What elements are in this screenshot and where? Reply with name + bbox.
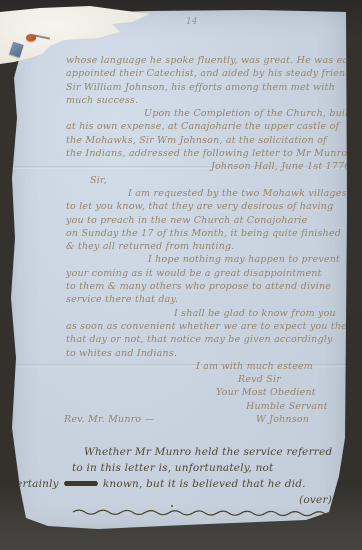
manuscript-line: Upon the Completion of the Church, built bbox=[144, 107, 346, 120]
manuscript-line: service there that day. bbox=[66, 293, 346, 306]
manuscript-line: that day or not, that notice may be give… bbox=[66, 333, 346, 346]
letter-page: 14 whose language he spoke fluently, was… bbox=[8, 8, 348, 536]
closing-line: Revd Sir bbox=[238, 373, 346, 386]
manuscript-line: to them & many others who propose to att… bbox=[66, 280, 346, 293]
signature: W Johnson bbox=[256, 413, 346, 426]
page-number: 14 bbox=[186, 17, 197, 27]
closing-line: I am with much esteem bbox=[196, 360, 346, 373]
closing-line: Your Most Obedient bbox=[216, 386, 346, 399]
manuscript-line: to let you know, that they are very desi… bbox=[66, 200, 346, 213]
manuscript-line: the Indians, addressed the following let… bbox=[66, 147, 346, 160]
manuscript-line: Sir William Johnson, his efforts among t… bbox=[66, 81, 346, 94]
manuscript-line: on Sunday the 17 of this Month, it being… bbox=[66, 227, 346, 240]
ink-strikethrough bbox=[64, 482, 98, 485]
annotation-line: certainlyknown, but it is believed that … bbox=[10, 476, 348, 492]
manuscript-line: as soon as convenient whether we are to … bbox=[66, 320, 346, 333]
closing-line: Humble Servant bbox=[246, 400, 346, 413]
wax-seal bbox=[26, 34, 36, 41]
manuscript-line: I am requested by the two Mohawk village… bbox=[128, 187, 346, 200]
salutation: Sir, bbox=[90, 174, 346, 187]
annotation-line: to in this letter is, unfortunately, not bbox=[72, 460, 348, 476]
manuscript-line: whose language he spoke fluently, was gr… bbox=[66, 54, 346, 67]
manuscript-line: your coming as it would be a great disap… bbox=[66, 267, 346, 280]
document-scan: 14 whose language he spoke fluently, was… bbox=[0, 0, 362, 550]
over-note: (over) bbox=[8, 492, 348, 508]
manuscript-line: to whites and Indians. bbox=[66, 347, 346, 360]
manuscript-line: you to preach in the new Church at Conaj… bbox=[66, 214, 346, 227]
margin-insert-word: certainly bbox=[10, 478, 59, 490]
manuscript-line: I shall be glad to know from you bbox=[174, 307, 346, 320]
manuscript-line: appointed their Catechist, and aided by … bbox=[66, 67, 346, 80]
manuscript-line: the Mohawks, Sir Wm Johnson, at the soli… bbox=[66, 134, 346, 147]
flourish-underline bbox=[72, 507, 344, 517]
letter-body: whose language he spoke fluently, was gr… bbox=[66, 54, 346, 426]
addressee-line: Rev. Mr. Munro — bbox=[64, 414, 154, 425]
manuscript-line: & they all returned from hunting. bbox=[66, 240, 346, 253]
manuscript-line: I hope nothing may happen to prevent bbox=[148, 253, 346, 266]
annotation-text: known, but it is believed that he did. bbox=[103, 478, 306, 490]
manuscript-line: much success. bbox=[66, 94, 346, 107]
annotation-line: Whether Mr Munro held the service referr… bbox=[84, 444, 348, 460]
archivist-annotation: Whether Mr Munro held the service referr… bbox=[8, 444, 348, 516]
manuscript-line: at his own expense, at Canajoharie the u… bbox=[66, 120, 346, 133]
dateline: Johnson Hall, June 1st 1770 bbox=[211, 160, 346, 173]
